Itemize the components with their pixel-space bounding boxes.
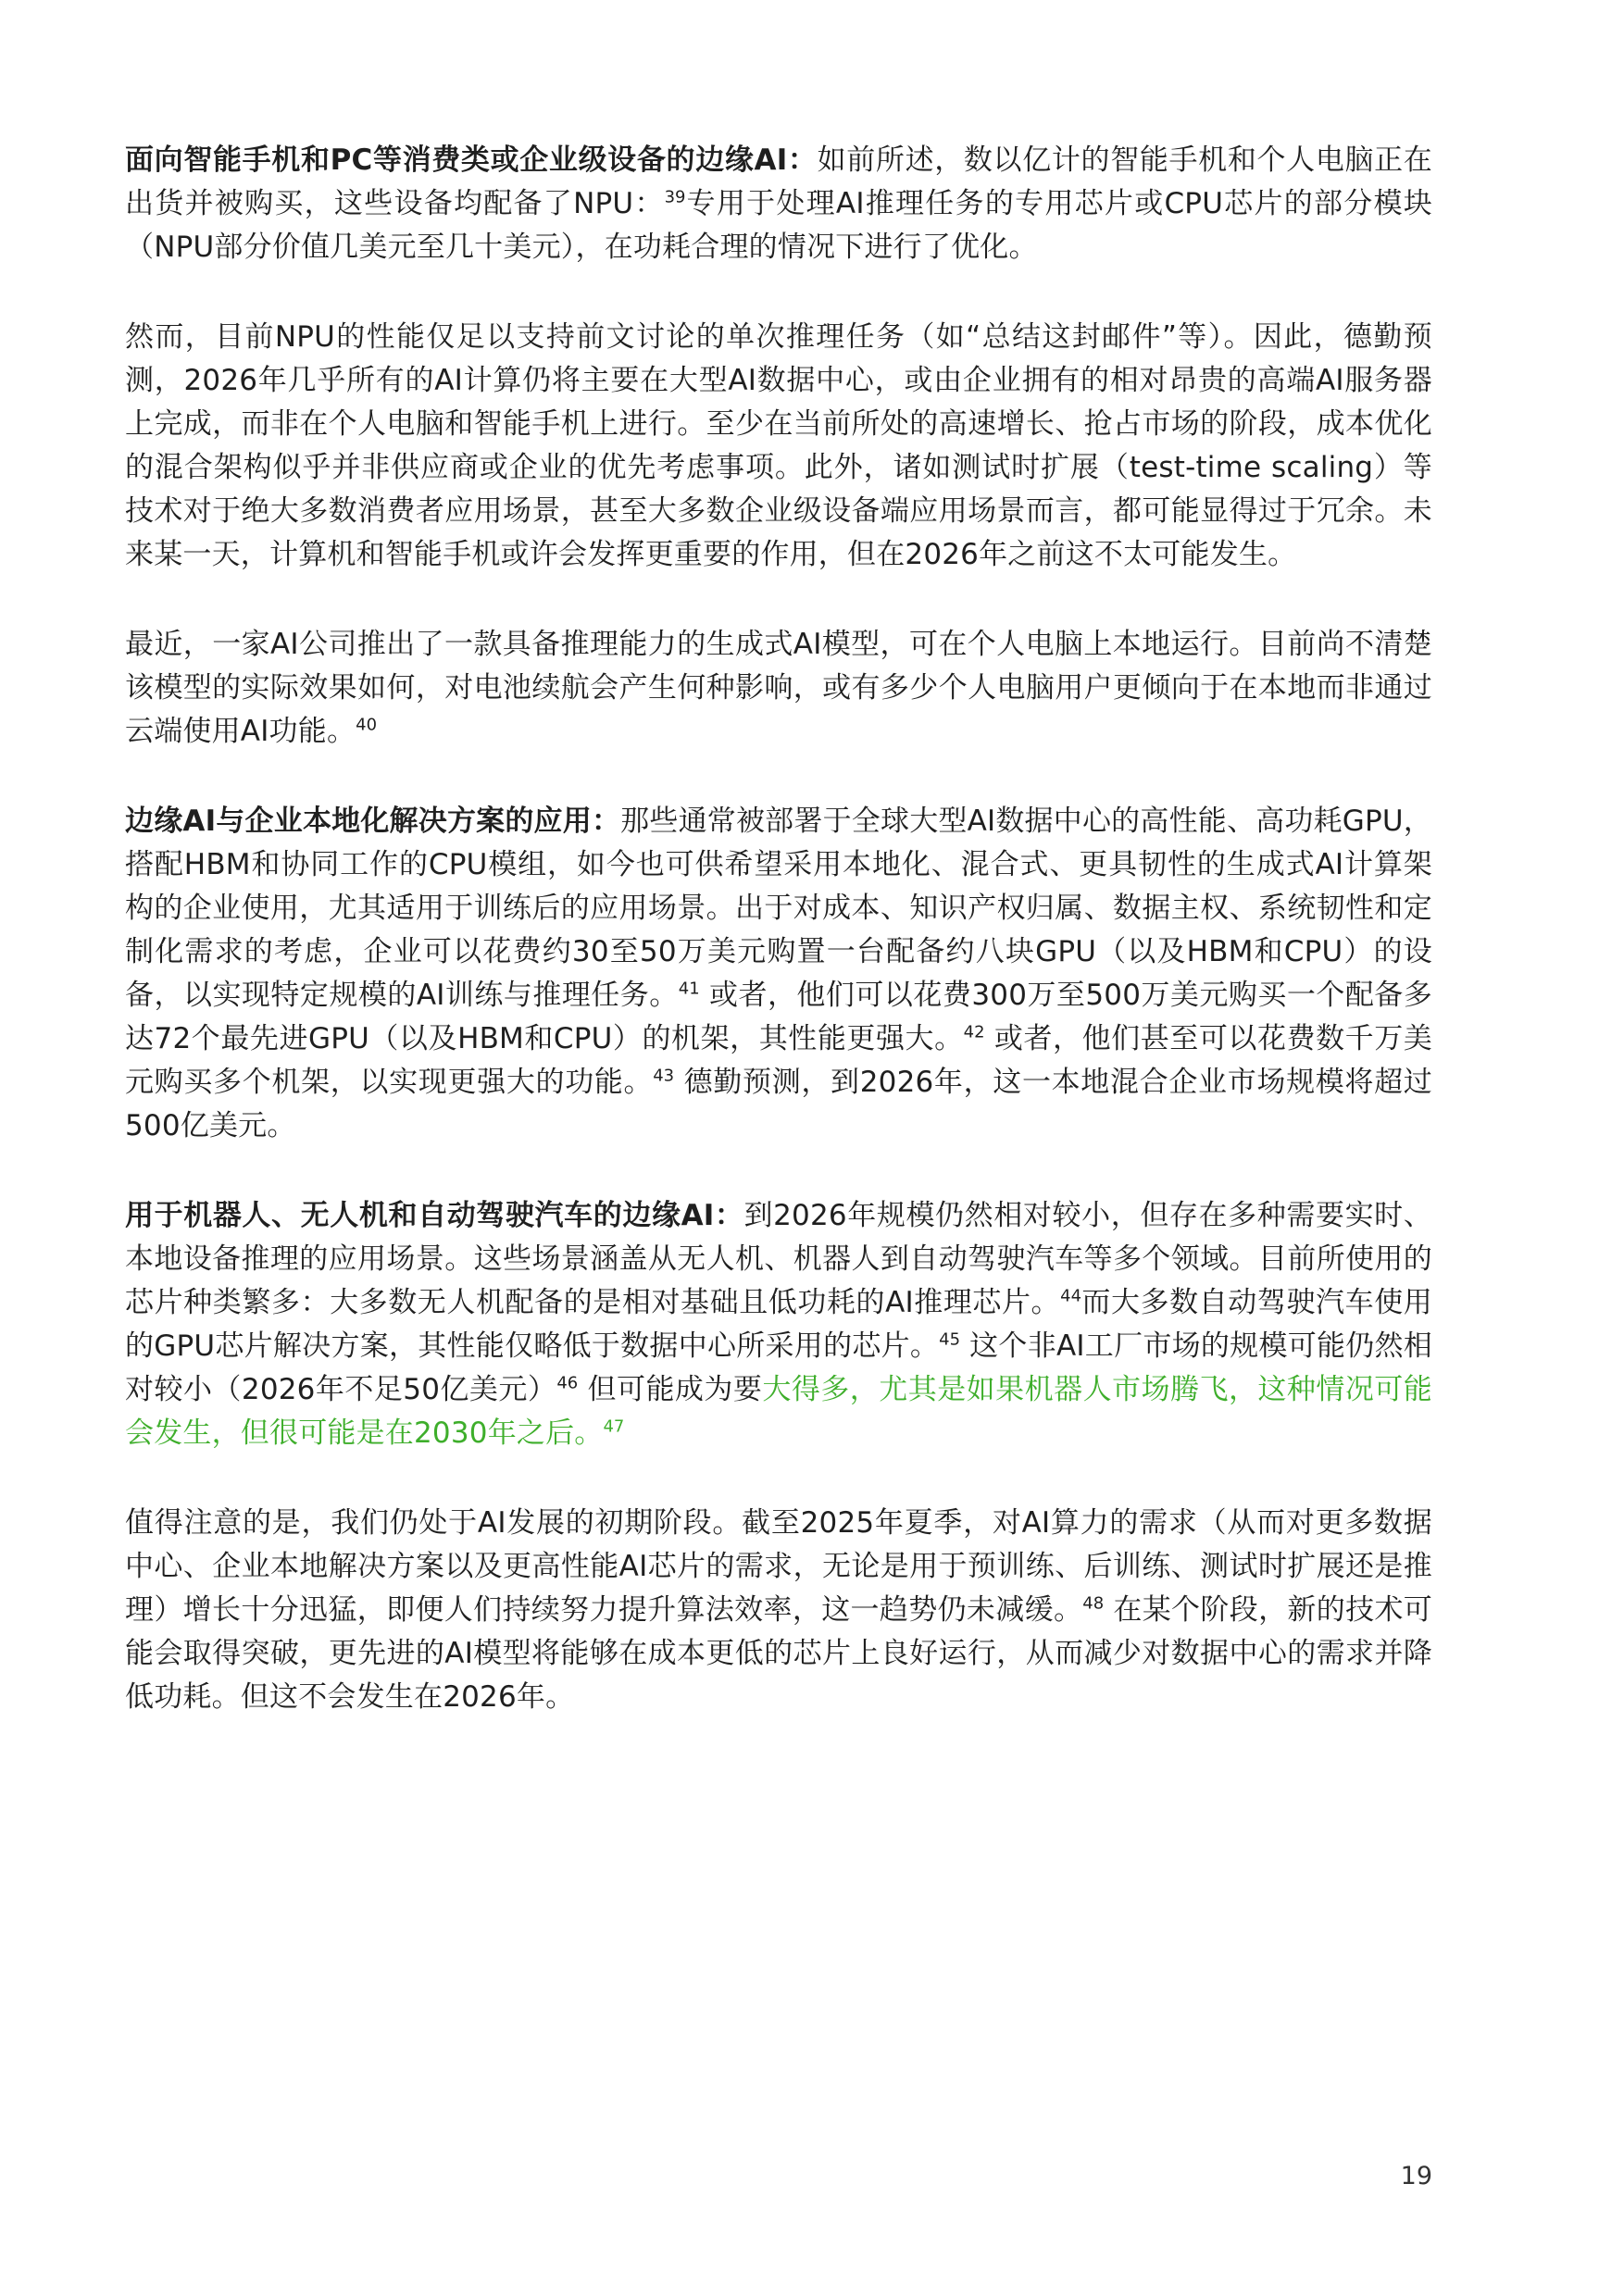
paragraph: 值得注意的是，我们仍处于AI发展的初期阶段。截至2025年夏季，对AI算力的需求…: [125, 1502, 1432, 1719]
paragraph: 然而，目前NPU的性能仅足以支持前文讨论的单次推理任务（如“总结这封邮件”等）。…: [125, 316, 1432, 577]
footnote-ref: 46: [556, 1374, 578, 1393]
footnote-ref: 42: [964, 1023, 985, 1042]
paragraph: 边缘AI与企业本地化解决方案的应用：那些通常被部署于全球大型AI数据中心的高性能…: [125, 800, 1432, 1148]
text-run: 边缘AI与企业本地化解决方案的应用：: [125, 805, 620, 838]
text-run: 最近，一家AI公司推出了一款具备推理能力的生成式AI模型，可在个人电脑上本地运行…: [125, 628, 1432, 748]
footnote-ref: 47: [604, 1417, 625, 1437]
paragraph: 最近，一家AI公司推出了一款具备推理能力的生成式AI模型，可在个人电脑上本地运行…: [125, 623, 1432, 754]
footnote-ref: 43: [653, 1067, 674, 1086]
text-run: 但可能成为要: [578, 1373, 762, 1406]
footnote-ref: 45: [939, 1330, 960, 1350]
footnote-ref: 48: [1082, 1594, 1104, 1614]
page-number: 19: [1401, 2162, 1432, 2191]
text-run: 面向智能手机和PC等消费类或企业级设备的边缘AI：: [125, 143, 818, 177]
footnote-ref: 39: [665, 188, 686, 207]
footnote-ref: 41: [679, 980, 700, 999]
footnote-ref: 44: [1060, 1287, 1081, 1306]
paragraph: 用于机器人、无人机和自动驾驶汽车的边缘AI：到2026年规模仍然相对较小，但存在…: [125, 1194, 1432, 1455]
footnote-ref: 40: [356, 716, 377, 735]
text-run: 然而，目前NPU的性能仅足以支持前文讨论的单次推理任务（如“总结这封邮件”等）。…: [125, 320, 1432, 571]
text-run: 用于机器人、无人机和自动驾驶汽车的边缘AI：: [125, 1199, 744, 1232]
body-text: 面向智能手机和PC等消费类或企业级设备的边缘AI：如前所述，数以亿计的智能手机和…: [125, 139, 1432, 1766]
document-page: 面向智能手机和PC等消费类或企业级设备的边缘AI：如前所述，数以亿计的智能手机和…: [0, 0, 1624, 2296]
paragraph: 面向智能手机和PC等消费类或企业级设备的边缘AI：如前所述，数以亿计的智能手机和…: [125, 139, 1432, 269]
